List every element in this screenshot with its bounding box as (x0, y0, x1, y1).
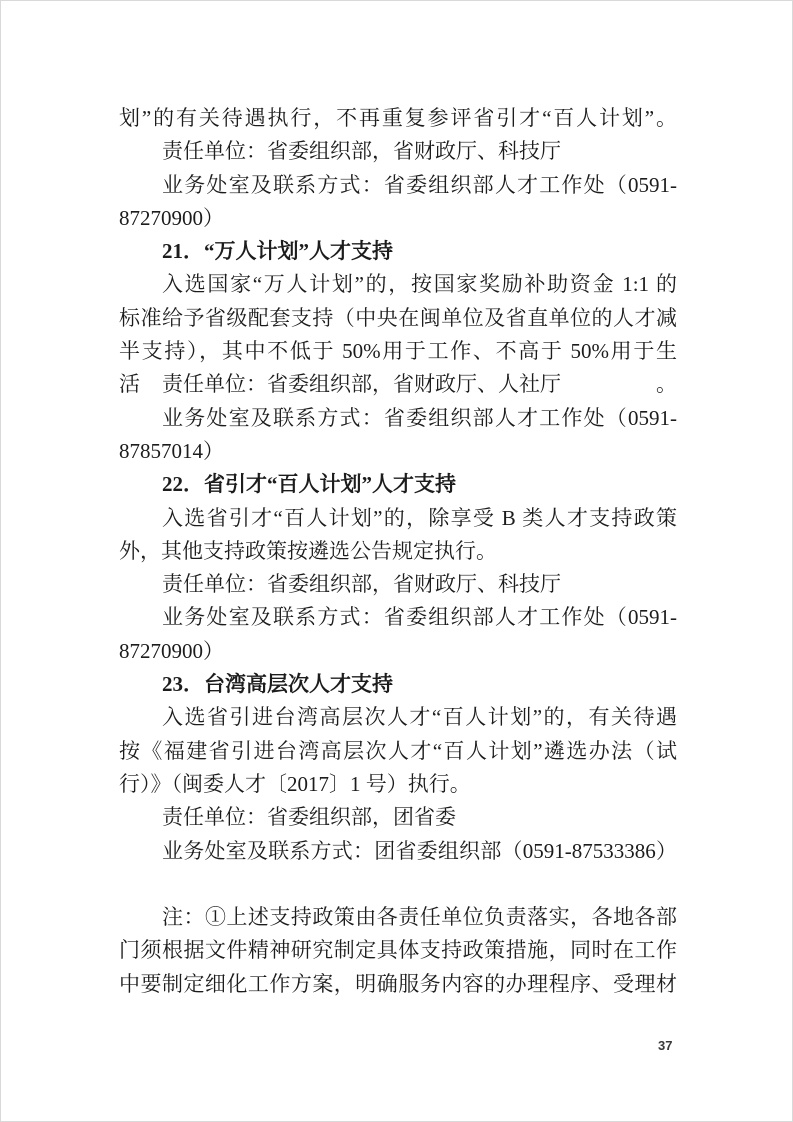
doc-line: 87270900） (119, 635, 677, 668)
doc-line: 责任单位：省委组织部，省财政厅、科技厅 (119, 135, 677, 168)
doc-line: 入选省引进台湾高层次人才“百人计划”的，有关待遇 (119, 701, 677, 734)
document-body-text: 划”的有关待遇执行，不再重复参评省引才“百人计划”。 责任单位：省委组织部，省财… (119, 102, 677, 1001)
doc-line: 业务处室及联系方式：团省委组织部（0591-87533386） (119, 835, 677, 868)
doc-line: 按《福建省引进台湾高层次人才“百人计划”遴选办法（试 (119, 735, 677, 768)
doc-note-line: 中要制定细化工作方案，明确服务内容的办理程序、受理材 (119, 968, 677, 1001)
page-number: 37 (658, 1039, 672, 1053)
doc-line: 87857014） (119, 435, 677, 468)
doc-line: 划”的有关待遇执行，不再重复参评省引才“百人计划”。 (119, 102, 677, 135)
doc-heading-23: 23．台湾高层次人才支持 (119, 668, 677, 701)
doc-line: 入选省引才“百人计划”的，除享受 B 类人才支持政策 (119, 502, 677, 535)
doc-line: 业务处室及联系方式：省委组织部人才工作处（0591- (119, 169, 677, 202)
doc-line: 业务处室及联系方式：省委组织部人才工作处（0591- (119, 402, 677, 435)
doc-line: 半支持），其中不低于 50%用于工作、不高于 50%用于生活。 (119, 335, 677, 368)
doc-line: 行）》（闽委人才〔2017〕1 号）执行。 (119, 768, 677, 801)
doc-heading-21: 21．“万人计划”人才支持 (119, 235, 677, 268)
doc-line: 外，其他支持政策按遴选公告规定执行。 (119, 535, 677, 568)
doc-line: 责任单位：省委组织部，团省委 (119, 801, 677, 834)
doc-note-line: 注：①上述支持政策由各责任单位负责落实，各地各部 (119, 901, 677, 934)
doc-line: 业务处室及联系方式：省委组织部人才工作处（0591- (119, 601, 677, 634)
doc-heading-22: 22．省引才“百人计划”人才支持 (119, 468, 677, 501)
doc-blank-line (119, 868, 677, 901)
doc-line: 入选国家“万人计划”的，按国家奖励补助资金 1:1 的 (119, 268, 677, 301)
doc-note-line: 门须根据文件精神研究制定具体支持政策措施，同时在工作 (119, 934, 677, 967)
doc-line: 标准给予省级配套支持（中央在闽单位及省直单位的人才减 (119, 302, 677, 335)
doc-line: 责任单位：省委组织部，省财政厅、科技厅 (119, 568, 677, 601)
doc-line: 87270900） (119, 202, 677, 235)
document-page: 划”的有关待遇执行，不再重复参评省引才“百人计划”。 责任单位：省委组织部，省财… (0, 0, 793, 1122)
